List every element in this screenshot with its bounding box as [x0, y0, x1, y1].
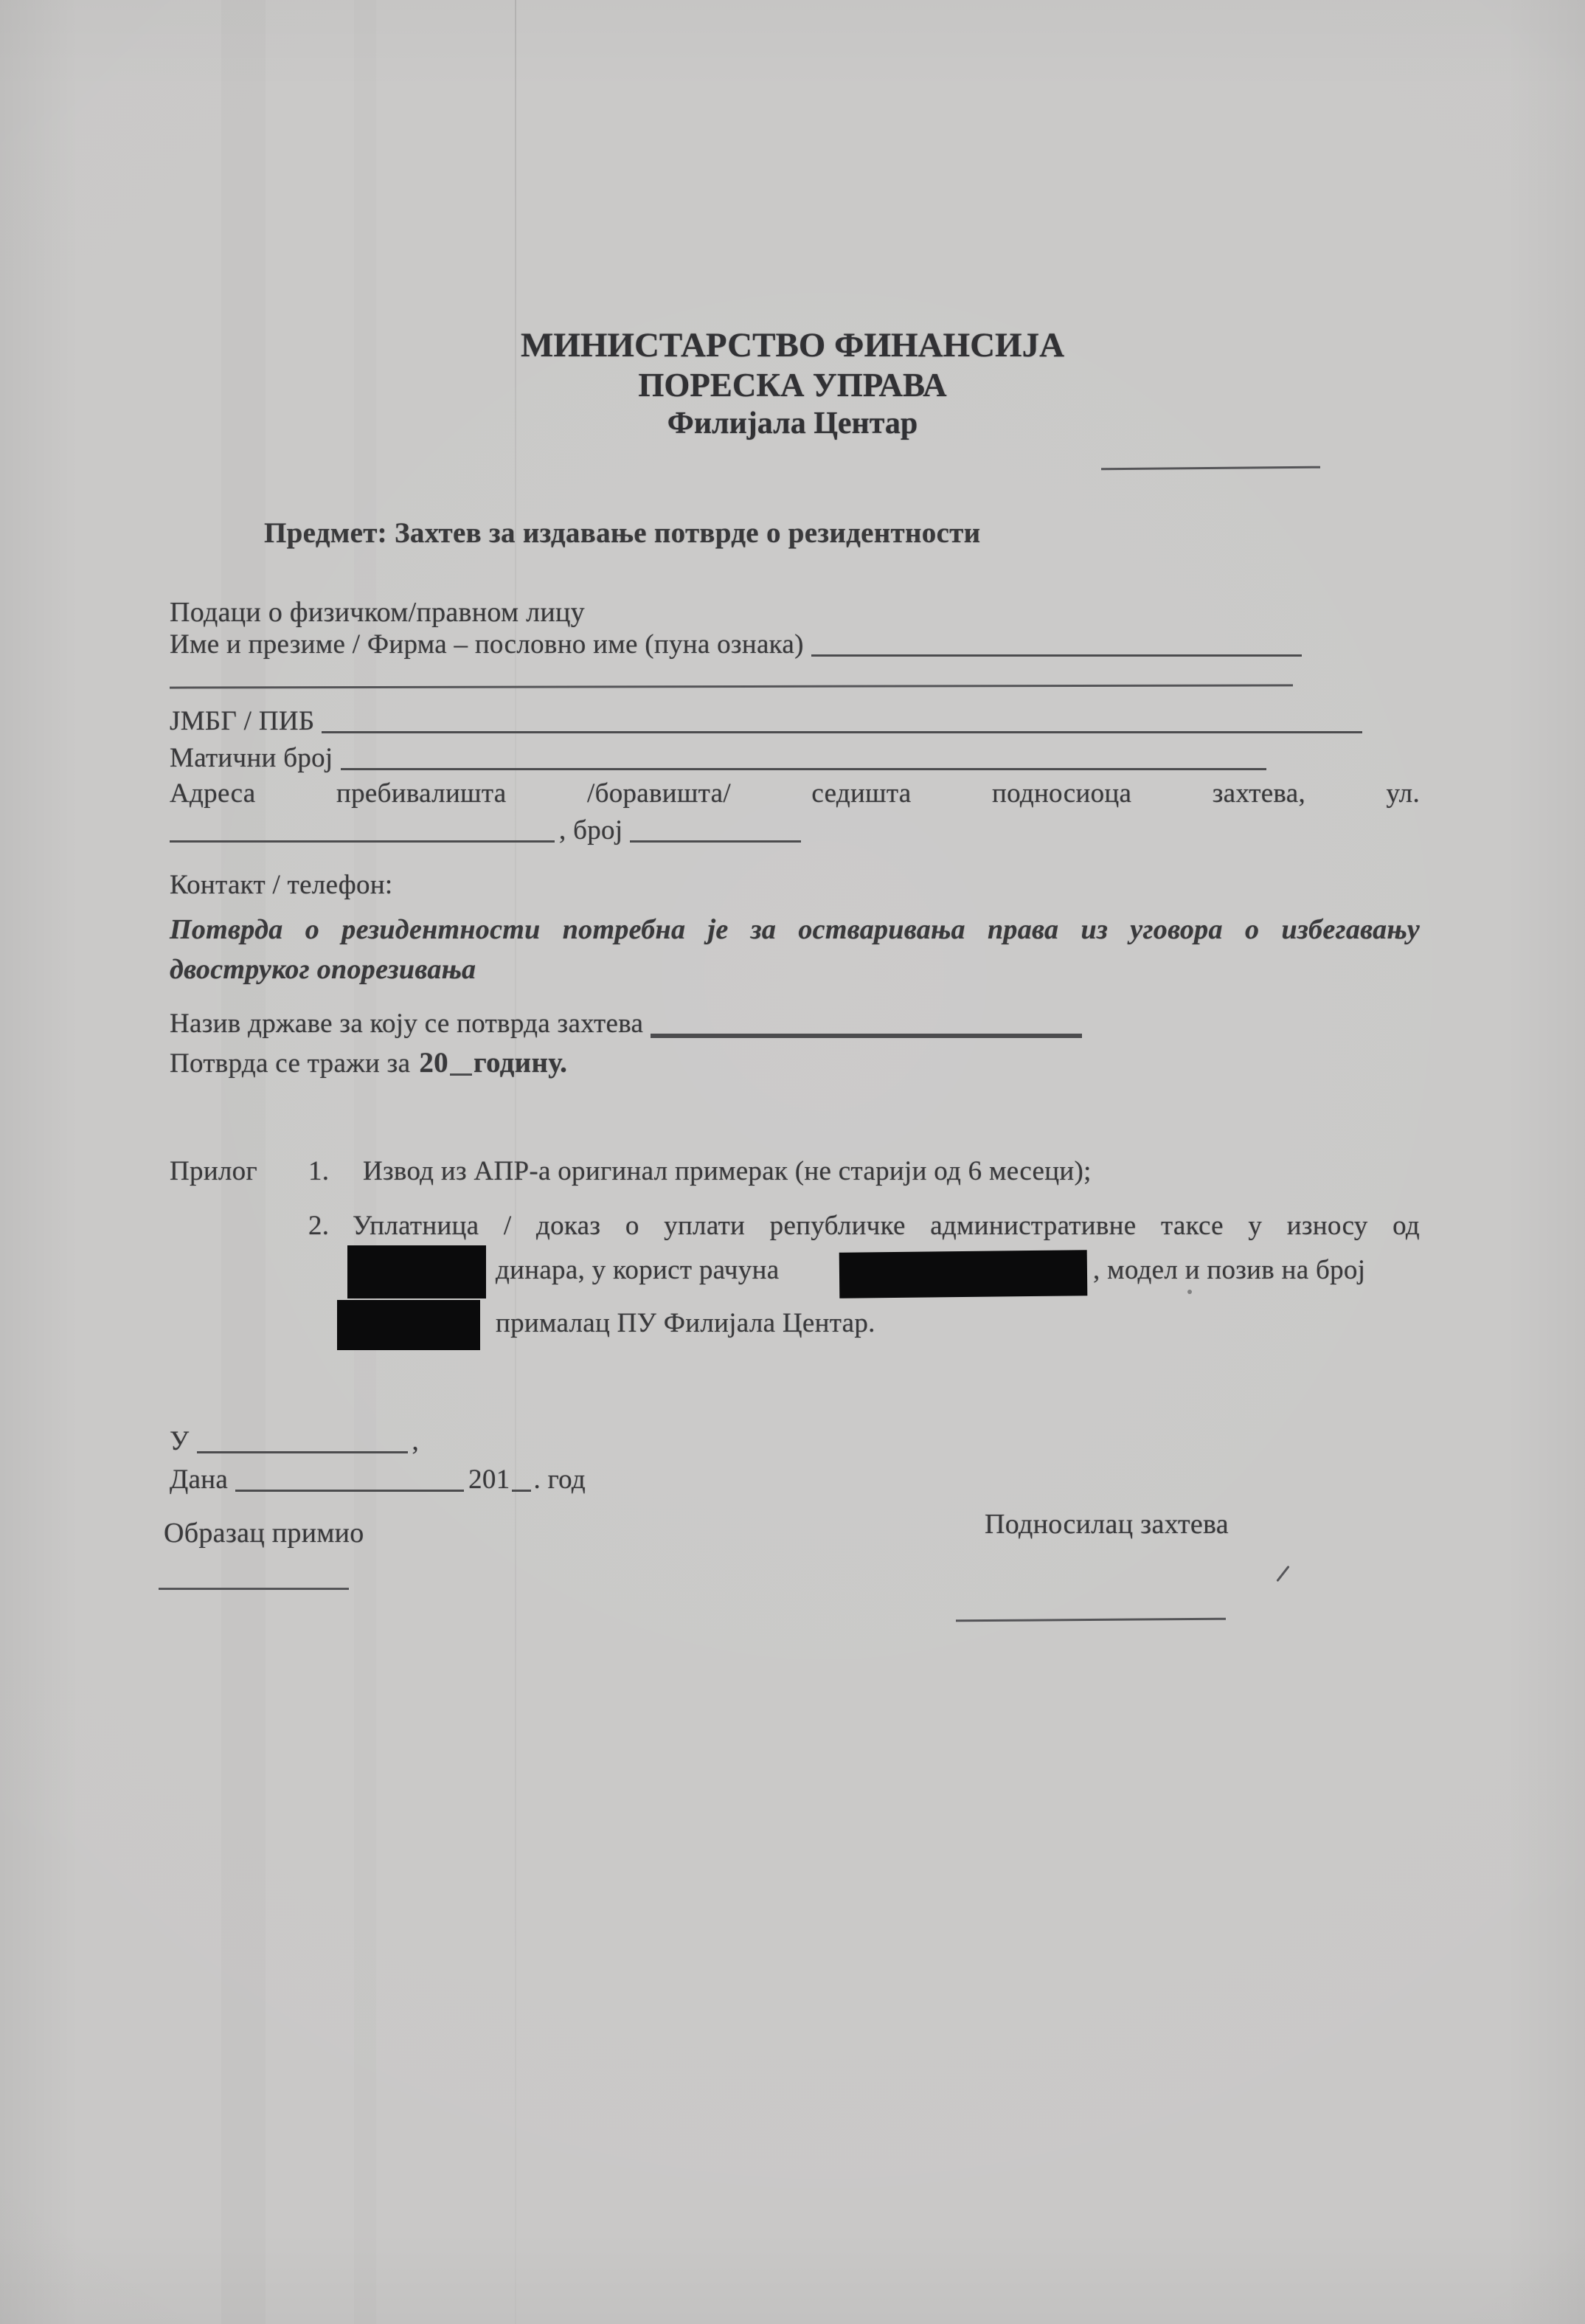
country-field-row: Назив државе за коју се потврда захтева — [170, 1008, 1086, 1040]
company-number-field-row: Матични број — [170, 742, 1266, 774]
jmbg-pib-blank-line — [322, 709, 1362, 733]
place-row: У , — [170, 1425, 419, 1457]
place-comma: , — [412, 1425, 420, 1457]
form-received-signature-line — [159, 1588, 349, 1590]
year-row: Потврда се тражи за 20 годину. — [170, 1046, 567, 1079]
attachment-item2-number: 2. — [308, 1210, 329, 1242]
name-field-row: Име и презиме / Фирма – пословно име (пу… — [170, 629, 1302, 660]
date-label: Дана — [170, 1464, 228, 1495]
redaction-box-amount — [347, 1245, 486, 1298]
date-row: Дана 201 . год — [170, 1464, 586, 1495]
jmbg-pib-label: ЈМБГ / ПИБ — [170, 705, 314, 737]
date-blank-line — [235, 1467, 464, 1492]
company-number-blank-line — [341, 746, 1267, 770]
date-suffix: . год — [534, 1464, 586, 1495]
person-section-title: Подаци о физичком/правном лицу — [170, 596, 585, 629]
reference-number-line — [1101, 466, 1320, 471]
contact-label: Контакт / телефон: — [170, 869, 393, 901]
country-label: Назив државе за коју се потврда захтева — [170, 1008, 643, 1040]
date-century: 201 — [468, 1464, 510, 1495]
header-administration: ПОРЕСКА УПРАВА — [0, 369, 1585, 402]
place-blank-line — [197, 1429, 408, 1453]
date-year-blank — [512, 1467, 531, 1492]
header-branch: Филијала Центар — [0, 408, 1585, 439]
attachment-item1-number: 1. — [308, 1155, 329, 1187]
company-number-label: Матични број — [170, 742, 333, 774]
redaction-box-account-number — [839, 1250, 1088, 1298]
street-number-blank-line — [630, 818, 801, 843]
scan-speck — [1187, 1290, 1192, 1294]
pen-tick-mark — [1276, 1566, 1289, 1582]
scanned-form-page: МИНИСТАРСТВО ФИНАНСИЈА ПОРЕСКА УПРАВА Фи… — [0, 0, 1585, 2324]
subject-line: Предмет: Захтев за издавање потврде о ре… — [264, 516, 980, 550]
name-blank-line — [811, 632, 1302, 657]
street-blank-line — [170, 818, 555, 843]
header-ministry: МИНИСТАРСТВО ФИНАНСИЈА — [0, 328, 1585, 363]
name-label: Име и презиме / Фирма – пословно име (пу… — [170, 629, 804, 660]
year-line-prefix: Потврда се тражи за — [170, 1048, 410, 1079]
purpose-note-line2: двоструког опорезивања — [170, 953, 476, 986]
attachment-item2-line3: прималац ПУ Филијала Центар. — [496, 1307, 875, 1339]
name-continuation-line — [170, 684, 1293, 688]
applicant-label: Подносилац захтева — [985, 1508, 1229, 1540]
year-blank — [450, 1051, 472, 1076]
address-label: Адреса пребивалишта /боравишта/ седишта … — [170, 778, 1420, 809]
attachment-item2-line1: Уплатница / доказ о уплати републичке ад… — [353, 1210, 1420, 1242]
attachment-item1-text: Извод из АПР-а оригинал примерак (не ста… — [363, 1155, 1092, 1187]
street-number-label: , број — [559, 815, 622, 846]
applicant-signature-line — [956, 1618, 1226, 1622]
attachment-item2-line2-after-account: , модел и позив на број — [1093, 1254, 1365, 1286]
place-label: У — [170, 1425, 190, 1457]
attachments-label: Прилог — [170, 1155, 257, 1187]
year-value: 20 — [419, 1046, 448, 1079]
purpose-note-line1: Потврда о резидентности потребна је за о… — [170, 913, 1420, 946]
attachment-item2-line2-after-amount: динара, у корист рачуна — [496, 1254, 779, 1286]
jmbg-pib-field-row: ЈМБГ / ПИБ — [170, 705, 1362, 737]
redaction-box-reference-number — [337, 1300, 480, 1350]
street-number-row: , број — [170, 815, 805, 846]
country-blank-line — [651, 1011, 1082, 1038]
form-received-label: Образац примио — [164, 1517, 364, 1549]
year-line-suffix: годину. — [474, 1046, 567, 1079]
